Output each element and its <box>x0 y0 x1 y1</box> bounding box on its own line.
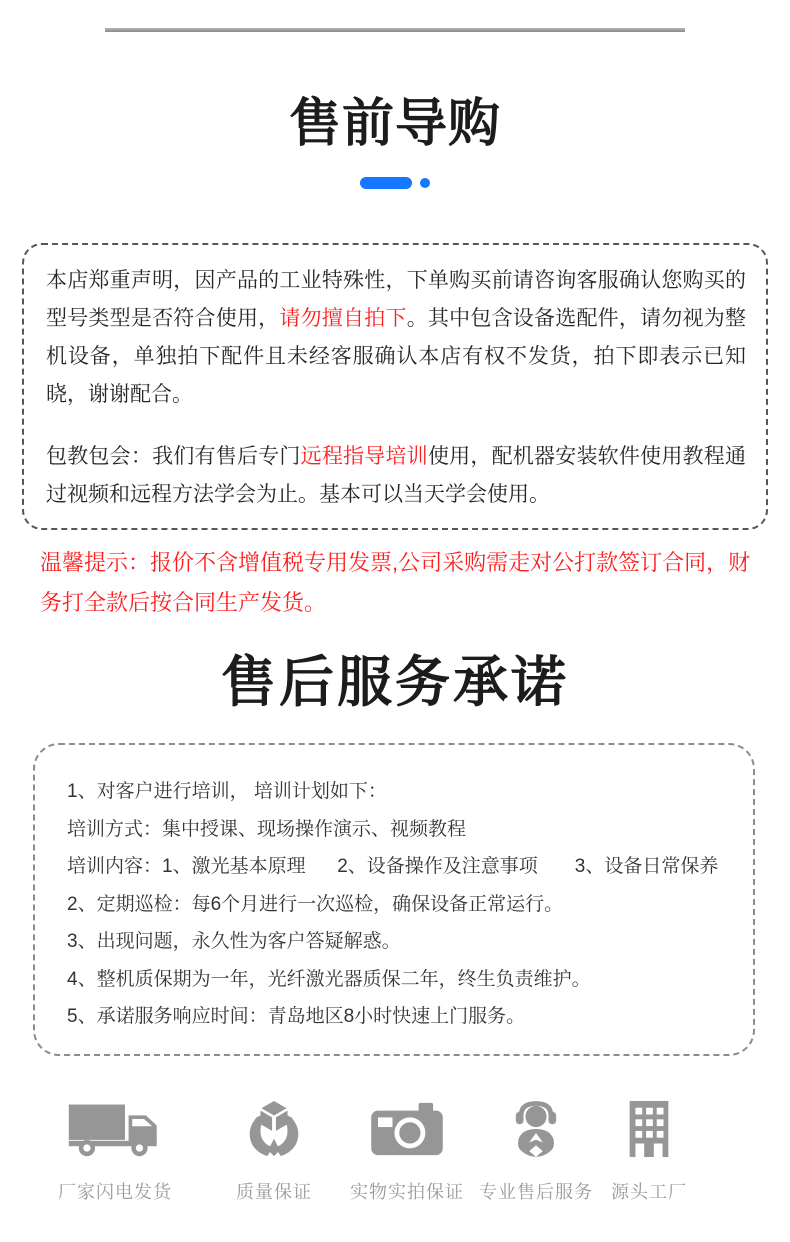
service-label: 质量保证 <box>236 1178 312 1204</box>
service-label: 实物实拍保证 <box>350 1178 464 1204</box>
aftersale-promise-box: 1、对客户进行培训， 培训计划如下： 培训方式：集中授课、现场操作演示、视频教程… <box>33 743 755 1056</box>
notice-paragraph-1: 本店郑重声明，因产品的工业特殊性，下单购买前请咨询客服确认您购买的型号类型是否符… <box>46 262 746 414</box>
promise-line: 培训内容：1、激光基本原理 2、设备操作及注意事项 3、设备日常保养 <box>67 848 727 886</box>
title-accent <box>0 177 790 189</box>
truck-icon <box>65 1100 165 1158</box>
hands-box-icon <box>243 1100 305 1158</box>
promise-line: 4、整机质保期为一年，光纤激光器质保二年，终生负责维护。 <box>67 961 727 999</box>
presale-title: 售前导购 <box>0 94 790 154</box>
service-item-quality: 质量保证 <box>199 1100 349 1204</box>
service-item-factory: 源头工厂 <box>574 1100 724 1204</box>
service-item-fast-shipping: 厂家闪电发货 <box>40 1100 190 1204</box>
notice-paragraph-2: 包教包会：我们有售后专门远程指导培训使用，配机器安装软件使用教程通过视频和远程方… <box>46 438 746 514</box>
aftersale-title: 售后服务承诺 <box>0 650 790 714</box>
factory-building-icon <box>623 1100 675 1158</box>
service-item-real-photo: 实物实拍保证 <box>332 1100 482 1204</box>
promise-line: 1、对客户进行培训， 培训计划如下： <box>67 773 727 811</box>
presale-notice-box: 本店郑重声明，因产品的工业特殊性，下单购买前请咨询客服确认您购买的型号类型是否符… <box>22 243 768 530</box>
promise-line: 5、承诺服务响应时间：青岛地区8小时快速上门服务。 <box>67 998 727 1036</box>
warm-tip-text: 温馨提示：报价不含增值税专用发票,公司采购需走对公打款签订合同，财务打全款后按合… <box>40 543 762 623</box>
service-label: 源头工厂 <box>611 1178 687 1204</box>
accent-pill <box>360 177 412 189</box>
promise-line: 3、出现问题，永久性为客户答疑解惑。 <box>67 923 727 961</box>
promo-page: 售前导购 本店郑重声明，因产品的工业特殊性，下单购买前请咨询客服确认您购买的型号… <box>0 0 790 1242</box>
accent-dot <box>420 178 430 188</box>
top-divider <box>105 28 685 32</box>
notice-p2-red-text: 远程指导培训 <box>301 445 428 468</box>
promise-line: 2、定期巡检：每6个月进行一次巡检，确保设备正常运行。 <box>67 886 727 924</box>
notice-p1-red-text: 请勿擅自拍下 <box>279 307 406 330</box>
headset-person-icon <box>511 1100 561 1158</box>
notice-p2-text: 包教包会：我们有售后专门 <box>46 445 301 468</box>
service-label: 厂家闪电发货 <box>58 1178 172 1204</box>
promise-line: 培训方式：集中授课、现场操作演示、视频教程 <box>67 811 727 849</box>
camera-icon <box>370 1100 444 1158</box>
